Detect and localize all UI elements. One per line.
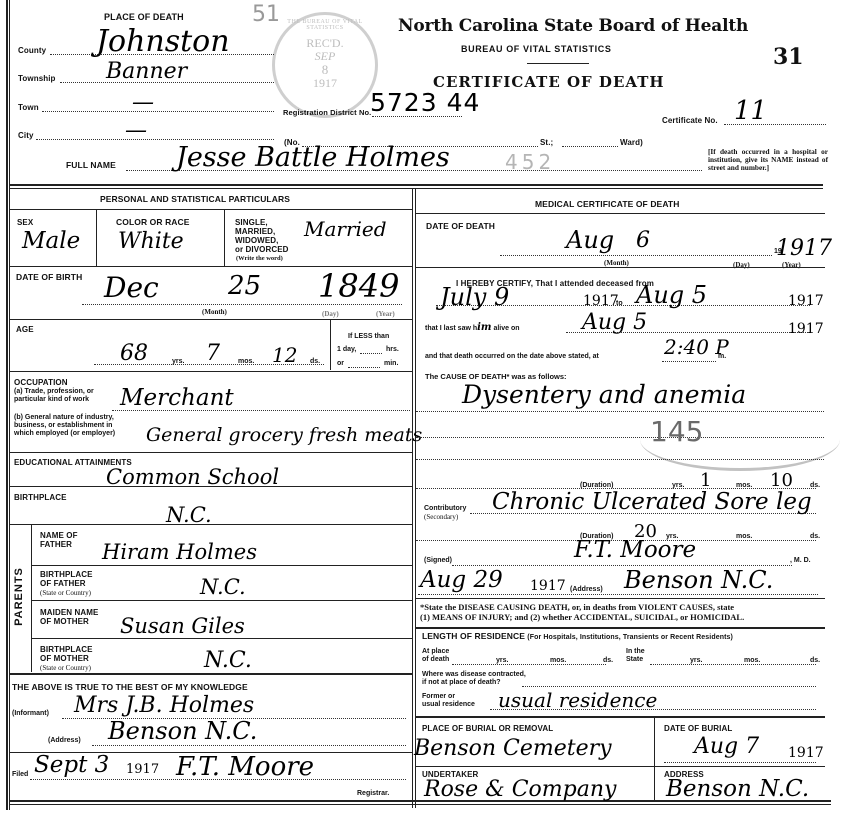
last-saw-value[interactable]: Aug 5: [582, 310, 647, 335]
mother-name-label: MAIDEN NAME OF MOTHER: [40, 608, 98, 626]
page-number: 31: [773, 44, 804, 70]
pencil-note-452: 452: [505, 150, 555, 174]
row-divider-mother: [31, 638, 412, 639]
attended-from-value[interactable]: July 9: [440, 283, 509, 311]
occ-b-label-line-1: (b) General nature of industry,: [14, 414, 115, 422]
informant-value[interactable]: Mrs J.B. Holmes: [74, 693, 254, 718]
row-divider-residence: [415, 716, 825, 718]
marital-divorced: or DIVORCED: [235, 245, 289, 254]
in-state-mos: mos.: [744, 657, 760, 665]
stamp-ring-text: THE BUREAU OF VITAL STATISTICS: [275, 19, 375, 31]
filed-date[interactable]: Sept 3: [34, 752, 109, 778]
row-divider-signed: [415, 598, 825, 599]
father-name-label-2: FATHER: [40, 540, 78, 549]
father-bp-label-1: BIRTHPLACE: [40, 570, 93, 579]
informant-address-line: [92, 745, 406, 746]
signed-address-value[interactable]: Benson N.C.: [624, 566, 773, 594]
death-time-line: [662, 361, 716, 362]
title-rule: [527, 63, 589, 64]
former-residence-value[interactable]: usual residence: [498, 688, 657, 712]
age-label: AGE: [16, 325, 34, 334]
dob-year-hint: (Year): [376, 310, 395, 318]
contracted-label-1: Where was disease contracted,: [422, 671, 526, 679]
marital-married: MARRIED,: [235, 227, 289, 236]
father-name-value[interactable]: Hiram Holmes: [102, 540, 257, 564]
dob-month-hint: (Month): [202, 308, 227, 316]
registration-district-value[interactable]: 5723 44: [370, 88, 480, 117]
town-label: Town: [18, 103, 39, 112]
board-title: North Carolina State Board of Health: [398, 16, 748, 36]
father-bp-label-2: OF FATHER: [40, 579, 93, 588]
occ-b-label-line-3: which employed (or employer): [14, 430, 115, 438]
in-state-ds: ds.: [810, 657, 820, 665]
signed-label: (Signed): [424, 557, 452, 565]
certificate-no-value[interactable]: 11: [734, 96, 767, 126]
footnote-line-1: *State the DISEASE CAUSING DEATH, or, in…: [420, 602, 744, 612]
contracted-label: Where was disease contracted, if not at …: [422, 671, 526, 687]
row-divider-father: [31, 565, 412, 566]
at-place-label-1: At place: [422, 648, 449, 656]
dob-day-hint: (Day): [322, 310, 339, 318]
residence-subtitle: (For Hospitals, Institutions, Transients…: [527, 634, 733, 641]
birthplace-label: BIRTHPLACE: [14, 493, 67, 502]
sex-race-divider: [96, 209, 97, 266]
city-dash-mark: —: [125, 118, 147, 143]
hrs-line: [360, 353, 382, 354]
filed-year[interactable]: 1917: [126, 762, 159, 777]
last-saw-pronoun[interactable]: im: [477, 322, 491, 333]
column-divider: [412, 188, 413, 808]
row-divider-burial: [415, 766, 825, 767]
age-less-divider: [330, 319, 331, 370]
last-saw-year[interactable]: 1917: [788, 321, 824, 337]
marital-hint: (Write the word): [236, 255, 283, 263]
sex-label: SEX: [17, 218, 33, 227]
marital-label: SINGLE, MARRIED, WIDOWED, or DIVORCED: [235, 218, 289, 254]
at-place-label: At place of death: [422, 648, 449, 664]
header-divider: [9, 184, 823, 186]
pencil-cause-swoosh: [640, 408, 840, 471]
row-divider-occupation: [9, 452, 412, 453]
ward-line: [562, 146, 618, 147]
row-divider-parents: [9, 673, 412, 675]
one-day-label: 1 day,: [337, 346, 356, 354]
burial-date-year[interactable]: 1917: [788, 745, 824, 761]
father-birthplace-label: BIRTHPLACE OF FATHER: [40, 570, 93, 588]
father-name-label-1: NAME OF: [40, 531, 78, 540]
residence-title: LENGTH OF RESIDENCE (For Hospitals, Inst…: [422, 632, 733, 642]
occupation-label: OCCUPATION: [14, 378, 68, 387]
row-divider-dod: [415, 267, 825, 268]
mother-name-label-1: MAIDEN NAME: [40, 608, 98, 617]
bureau-subtitle: BUREAU OF VITAL STATISTICS: [461, 45, 611, 54]
row-divider-footnote: [415, 627, 825, 629]
town-line: [42, 111, 274, 112]
age-mos-label: mos.: [238, 358, 254, 366]
street-st-label: St.;: [540, 138, 553, 147]
in-state-line: [650, 664, 816, 665]
stamp-line-4: 1917: [275, 77, 375, 90]
father-bp-hint: (State or Country): [40, 589, 91, 597]
cause-value[interactable]: Dysentery and anemia: [462, 380, 746, 409]
township-value[interactable]: Banner: [106, 59, 187, 84]
registrar-signature[interactable]: F.T. Moore: [176, 752, 314, 782]
contrib-duration-mos-label: mos.: [736, 533, 752, 541]
signed-year-value[interactable]: 1917: [530, 578, 566, 594]
burial-date-label: DATE OF BURIAL: [664, 724, 732, 733]
signed-address-label: (Address): [570, 586, 603, 594]
true-statement: THE ABOVE IS TRUE TO THE BEST OF MY KNOW…: [12, 683, 248, 692]
attended-to-label: to: [616, 300, 623, 308]
burial-place-value[interactable]: Benson Cemetery: [414, 736, 612, 761]
header-divider-2: [9, 188, 823, 189]
dod-year-value[interactable]: 1917: [776, 236, 832, 261]
cause-duration-mos-value[interactable]: 1: [700, 470, 711, 491]
signed-date-line: [418, 594, 818, 595]
personal-title-rule: [9, 209, 412, 210]
full-name-label: FULL NAME: [66, 161, 116, 170]
race-label: COLOR OR RACE: [116, 218, 190, 227]
mother-birthplace-label: BIRTHPLACE OF MOTHER: [40, 645, 93, 663]
dod-month-value[interactable]: Aug: [566, 226, 614, 254]
cause-duration-ds-value[interactable]: 10: [770, 470, 793, 491]
row-divider-dob: [9, 319, 412, 320]
row-divider-education: [9, 486, 412, 487]
county-value[interactable]: Johnston: [96, 24, 230, 59]
dob-label: DATE OF BIRTH: [16, 273, 82, 282]
occ-b-label-line-2: business, or establishment in: [14, 422, 115, 430]
ward-label: Ward): [620, 138, 643, 147]
left-border: [6, 0, 8, 810]
father-name-label: NAME OF FATHER: [40, 531, 78, 549]
bottom-border-2: [9, 804, 831, 805]
dob-month-value[interactable]: Dec: [104, 271, 159, 304]
occ-a-label-line-1: (a) Trade, profession, or: [14, 388, 94, 396]
informant-label: (Informant): [12, 710, 49, 718]
md-label: , M. D.: [790, 557, 811, 565]
age-yrs-label: yrs.: [172, 358, 184, 366]
burial-divider: [654, 716, 655, 800]
mother-birthplace-value[interactable]: N.C.: [204, 648, 252, 673]
informant-address-label: (Address): [48, 737, 81, 745]
former-label-2: usual residence: [422, 701, 475, 709]
occ-a-label: (a) Trade, profession, or particular kin…: [14, 388, 94, 404]
stamp-line-3: 8: [275, 63, 375, 77]
age-days-value[interactable]: 12: [272, 343, 297, 367]
dob-day-value[interactable]: 25: [228, 271, 261, 301]
undertaker-address-value[interactable]: Benson N.C.: [666, 776, 809, 802]
former-label-1: Former or: [422, 693, 475, 701]
contributory-label: Contributory: [424, 505, 466, 513]
marital-value[interactable]: Married: [304, 217, 387, 241]
city-label: City: [18, 131, 34, 140]
full-name-value[interactable]: Jesse Battle Holmes: [176, 142, 450, 173]
attended-to-value[interactable]: Aug 5: [636, 281, 707, 309]
occ-b-value[interactable]: General grocery fresh meats: [146, 424, 422, 446]
min-line: [348, 367, 380, 368]
mother-name-label-2: OF MOTHER: [40, 617, 98, 626]
county-label: County: [18, 46, 46, 55]
marital-widowed: WIDOWED,: [235, 236, 289, 245]
at-place-line: [452, 664, 606, 665]
row-divider-birthplace: [9, 524, 412, 525]
township-label: Township: [18, 74, 56, 83]
occ-a-value[interactable]: Merchant: [120, 385, 234, 411]
contrib-duration-ds-label: ds.: [810, 533, 820, 541]
or-label: or: [337, 360, 344, 368]
city-line: [36, 139, 274, 140]
burial-date-line: [664, 762, 816, 763]
certificate-no-label: Certificate No.: [662, 116, 718, 125]
signed-date-value[interactable]: Aug 29: [420, 567, 503, 593]
age-months-value[interactable]: 7: [206, 341, 220, 366]
place-of-death-heading: PLACE OF DEATH: [104, 13, 184, 22]
last-saw-text-2: alive on: [492, 325, 520, 332]
dod-day-value[interactable]: 6: [636, 228, 650, 253]
mother-bp-hint: (State or Country): [40, 664, 91, 672]
former-residence-label: Former or usual residence: [422, 693, 475, 709]
burial-place-label: PLACE OF BURIAL OR REMOVAL: [422, 724, 553, 733]
min-label: min.: [384, 360, 398, 368]
dod-label: DATE OF DEATH: [426, 222, 495, 231]
in-state-label-1: In the: [626, 648, 645, 656]
dod-line: [500, 255, 772, 256]
death-time-text: and that death occurred on the date abov…: [425, 353, 599, 361]
less-than-label: If LESS than: [348, 333, 389, 341]
registration-district-label: Registration District No.: [283, 108, 371, 117]
contributory-value[interactable]: Chronic Ulcerated Sore leg: [492, 489, 812, 515]
medical-title-rule: [415, 213, 825, 214]
marital-single: SINGLE,: [235, 218, 289, 227]
sex-value[interactable]: Male: [22, 228, 80, 254]
attended-to-year[interactable]: 1917: [788, 293, 824, 309]
cause-line-3: [416, 459, 824, 460]
dob-year-value[interactable]: 1849: [318, 267, 399, 305]
cause-footnote: *State the DISEASE CAUSING DEATH, or, in…: [420, 602, 744, 622]
undertaker-value[interactable]: Rose & Company: [424, 777, 616, 802]
hospital-note: [If death occurred in a hospital or inst…: [708, 148, 828, 172]
footnote-line-2: (1) MEANS OF INJURY; and (2) whether ACC…: [420, 612, 744, 622]
left-border-inner: [9, 0, 10, 810]
informant-address-value[interactable]: Benson N.C.: [108, 717, 257, 745]
received-stamp: THE BUREAU OF VITAL STATISTICS REC'D. SE…: [272, 12, 378, 118]
at-place-ds: ds.: [603, 657, 613, 665]
last-saw-text-1: that I last saw h: [425, 325, 477, 332]
mother-name-value[interactable]: Susan Giles: [120, 614, 245, 638]
residence-title-text: LENGTH OF RESIDENCE: [422, 631, 525, 641]
m-label: m.: [718, 353, 726, 361]
hrs-label: hrs.: [386, 346, 399, 354]
registrar-label: Registrar.: [357, 790, 389, 798]
personal-section-title: PERSONAL AND STATISTICAL PARTICULARS: [100, 195, 290, 204]
at-place-label-2: of death: [422, 656, 449, 664]
secondary-label: (Secondary): [424, 513, 458, 521]
mother-bp-label-1: BIRTHPLACE: [40, 645, 93, 654]
occ-a-label-line-2: particular kind of work: [14, 396, 94, 404]
mother-bp-label-2: OF MOTHER: [40, 654, 93, 663]
at-place-yrs: yrs.: [496, 657, 508, 665]
row-divider-age: [9, 371, 412, 372]
at-place-mos: mos.: [550, 657, 566, 665]
in-state-label: In the State: [626, 648, 645, 664]
dod-month-hint: (Month): [604, 259, 629, 267]
occ-b-label: (b) General nature of industry, business…: [14, 414, 115, 438]
in-state-yrs: yrs.: [690, 657, 702, 665]
filed-label: Filed: [12, 771, 28, 779]
column-divider-2: [415, 188, 416, 808]
parents-divider: [31, 524, 32, 672]
last-saw-text: that I last saw him alive on: [425, 324, 520, 333]
contracted-line: [522, 686, 816, 687]
contracted-label-2: if not at place of death?: [422, 679, 526, 687]
medical-section-title: MEDICAL CERTIFICATE OF DEATH: [535, 200, 679, 209]
row-divider-father-bp: [31, 600, 412, 601]
race-marital-divider: [224, 209, 225, 266]
burial-date-value[interactable]: Aug 7: [694, 734, 759, 759]
in-state-label-2: State: [626, 656, 645, 664]
age-ds-label: ds.: [310, 358, 320, 366]
town-dash-mark: —: [132, 90, 154, 115]
race-value[interactable]: White: [118, 229, 184, 254]
attended-from-year[interactable]: 1917: [583, 293, 619, 309]
parents-vertical-label: PARENTS: [15, 567, 24, 626]
father-birthplace-value[interactable]: N.C.: [200, 575, 246, 599]
signed-value[interactable]: F.T. Moore: [574, 537, 696, 563]
age-years-value[interactable]: 68: [120, 341, 148, 366]
